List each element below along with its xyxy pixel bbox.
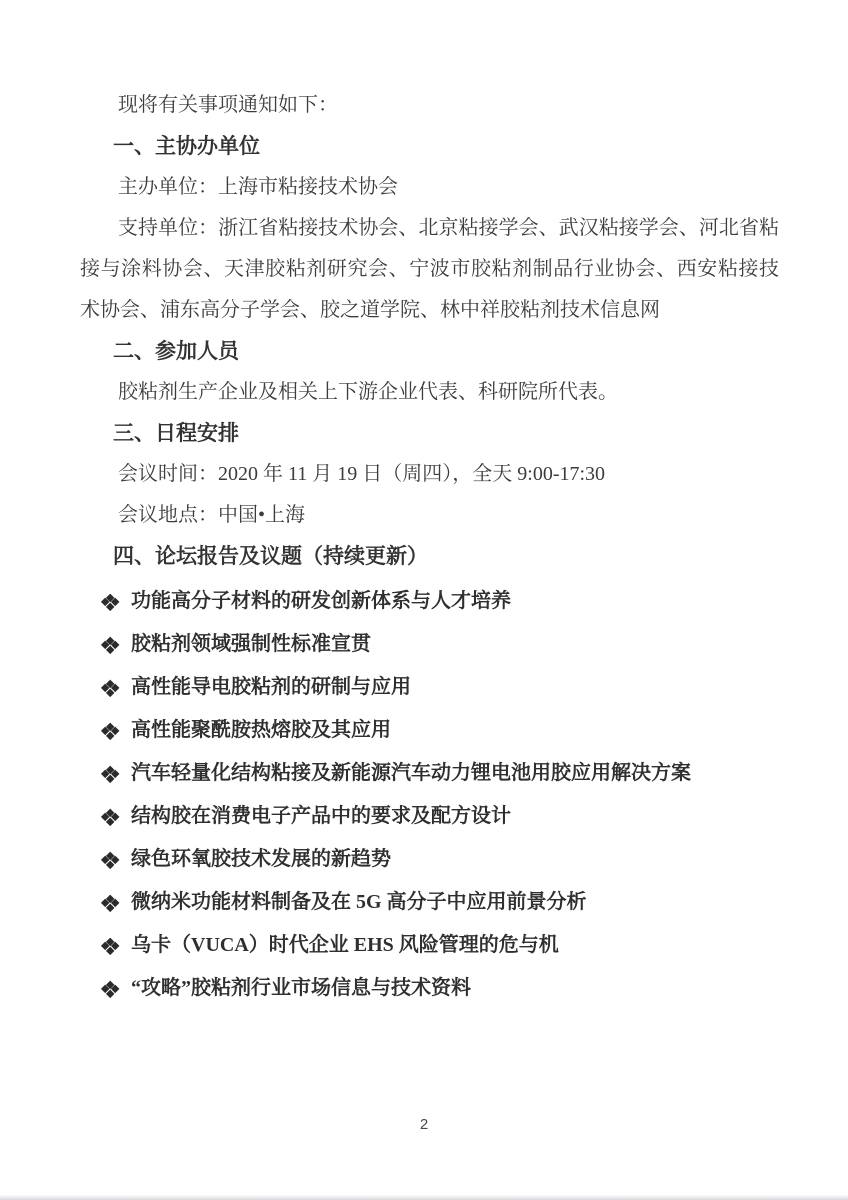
topic-item: 功能高分子材料的研发创新体系与人才培养 <box>102 580 779 623</box>
support-units-paragraph: 支持单位：浙江省粘接技术协会、北京粘接学会、武汉粘接学会、河北省粘接与涂料协会、… <box>80 208 779 331</box>
topic-text: 高性能导电胶粘剂的研制与应用 <box>131 666 411 709</box>
topic-item: 高性能聚酰胺热熔胶及其应用 <box>102 709 779 752</box>
document-content: 现将有关事项通知如下： 一、主协办单位 主办单位：上海市粘接技术协会 支持单位：… <box>80 85 779 1010</box>
document-page: 现将有关事项通知如下： 一、主协办单位 主办单位：上海市粘接技术协会 支持单位：… <box>0 0 848 1200</box>
page-number: 2 <box>0 1116 848 1133</box>
host-unit-paragraph: 主办单位：上海市粘接技术协会 <box>80 167 779 208</box>
topic-text: 汽车轻量化结构粘接及新能源汽车动力锂电池用胶应用解决方案 <box>131 752 691 795</box>
topic-item: “攻略”胶粘剂行业市场信息与技术资料 <box>102 967 779 1010</box>
diamond-bullet-icon <box>102 595 118 611</box>
topic-item: 绿色环氧胶技术发展的新趋势 <box>102 838 779 881</box>
topic-text: 结构胶在消费电子产品中的要求及配方设计 <box>131 795 511 838</box>
meeting-time-paragraph: 会议时间：2020 年 11 月 19 日（周四），全天 9:00-17:30 <box>80 454 779 495</box>
intro-paragraph: 现将有关事项通知如下： <box>80 85 779 126</box>
topic-text: 功能高分子材料的研发创新体系与人才培养 <box>131 580 511 623</box>
diamond-bullet-icon <box>102 638 118 654</box>
diamond-bullet-icon <box>102 939 118 955</box>
topic-item: 微纳米功能材料制备及在 5G 高分子中应用前景分析 <box>102 881 779 924</box>
topic-item: 高性能导电胶粘剂的研制与应用 <box>102 666 779 709</box>
topics-list: 功能高分子材料的研发创新体系与人才培养 胶粘剂领域强制性标准宣贯 高性能导电胶粘… <box>80 580 779 1010</box>
topic-item: 汽车轻量化结构粘接及新能源汽车动力锂电池用胶应用解决方案 <box>102 752 779 795</box>
topic-item: 结构胶在消费电子产品中的要求及配方设计 <box>102 795 779 838</box>
section-4-heading: 四、论坛报告及议题（持续更新） <box>80 536 779 577</box>
topic-text: 绿色环氧胶技术发展的新趋势 <box>131 838 391 881</box>
diamond-bullet-icon <box>102 681 118 697</box>
topic-item: 乌卡（VUCA）时代企业 EHS 风险管理的危与机 <box>102 924 779 967</box>
diamond-bullet-icon <box>102 982 118 998</box>
diamond-bullet-icon <box>102 896 118 912</box>
topic-text: 胶粘剂领域强制性标准宣贯 <box>131 623 371 666</box>
diamond-bullet-icon <box>102 810 118 826</box>
section-1-heading: 一、主协办单位 <box>80 126 779 167</box>
page-bottom-edge <box>0 1195 848 1200</box>
diamond-bullet-icon <box>102 853 118 869</box>
participants-paragraph: 胶粘剂生产企业及相关上下游企业代表、科研院所代表。 <box>80 372 779 413</box>
section-3-heading: 三、日程安排 <box>80 413 779 454</box>
topic-item: 胶粘剂领域强制性标准宣贯 <box>102 623 779 666</box>
topic-text: 高性能聚酰胺热熔胶及其应用 <box>131 709 391 752</box>
section-2-heading: 二、参加人员 <box>80 331 779 372</box>
diamond-bullet-icon <box>102 724 118 740</box>
diamond-bullet-icon <box>102 767 118 783</box>
topic-text: 乌卡（VUCA）时代企业 EHS 风险管理的危与机 <box>131 924 559 967</box>
meeting-place-paragraph: 会议地点：中国•上海 <box>80 495 779 536</box>
topic-text: 微纳米功能材料制备及在 5G 高分子中应用前景分析 <box>131 881 587 924</box>
topic-text: “攻略”胶粘剂行业市场信息与技术资料 <box>131 967 471 1010</box>
